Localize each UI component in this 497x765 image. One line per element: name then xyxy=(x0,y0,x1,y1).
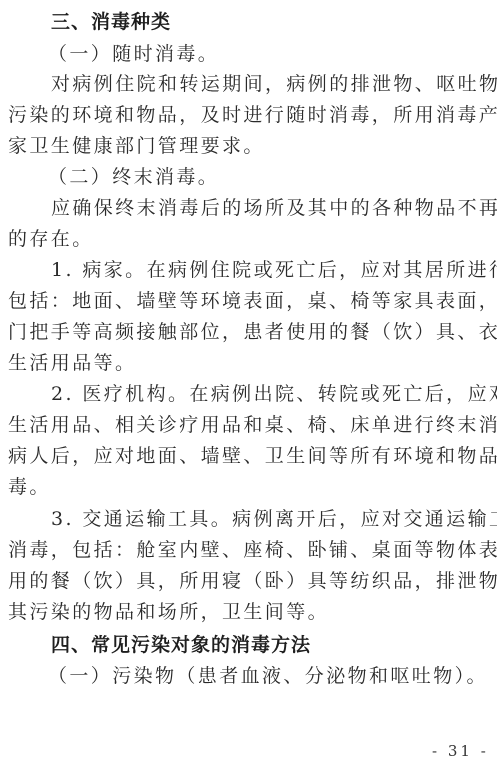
paragraph-line: 1. 病家。在病例住院或死亡后，应对其居所进行终末消毒， xyxy=(51,258,497,282)
paragraph-line: 用的餐（饮）具，所用寝（卧）具等纺织品，排泄物、呕吐物及 xyxy=(8,569,497,593)
paragraph-line: 2. 医疗机构。在病例出院、转院或死亡后，应对患者衣服等 xyxy=(51,382,497,406)
section-heading: 四、常见污染对象的消毒方法 xyxy=(51,633,311,657)
subsection-heading: （一）随时消毒。 xyxy=(48,42,219,66)
subsection-heading: （一）污染物（患者血液、分泌物和呕吐物）。 xyxy=(48,664,488,688)
paragraph-line: 应确保终末消毒后的场所及其中的各种物品不再有病原体 xyxy=(51,196,497,220)
section-heading: 三、消毒种类 xyxy=(51,10,171,34)
paragraph-line: 污染的环境和物品，及时进行随时消毒，所用消毒产品应符合国 xyxy=(8,103,497,127)
paragraph-line: 门把手等高频接触部位，患者使用的餐（饮）具、衣服、被褥等 xyxy=(8,320,497,344)
document-page: 三、消毒种类（一）随时消毒。对病例住院和转运期间，病例的排泄物、呕吐物、体液及其… xyxy=(0,0,497,765)
page-number: - 31 - xyxy=(432,742,489,760)
paragraph-line: 消毒，包括：舱室内壁、座椅、卧铺、桌面等物体表面，患者使 xyxy=(8,538,497,562)
paragraph-line: 病人后，应对地面、墙壁、卫生间等所有环境和物品进行终末消 xyxy=(8,444,497,468)
paragraph-line: 生活用品等。 xyxy=(8,351,136,375)
subsection-heading: （二）终末消毒。 xyxy=(48,165,219,189)
paragraph-line: 毒。 xyxy=(8,475,51,499)
paragraph-line: 家卫生健康部门管理要求。 xyxy=(8,134,265,158)
paragraph-line: 的存在。 xyxy=(8,227,94,251)
paragraph-line: 生活用品、相关诊疗用品和桌、椅、床单进行终末消毒；病房无 xyxy=(8,413,497,437)
paragraph-line: 对病例住院和转运期间，病例的排泄物、呕吐物、体液及其 xyxy=(51,72,497,96)
paragraph-line: 其污染的物品和场所，卫生间等。 xyxy=(8,600,329,624)
paragraph-line: 3. 交通运输工具。病例离开后，应对交通运输工具进行终末 xyxy=(51,507,497,531)
paragraph-line: 包括：地面、墙壁等环境表面，桌、椅等家具表面，玩具，开关、 xyxy=(8,289,497,313)
